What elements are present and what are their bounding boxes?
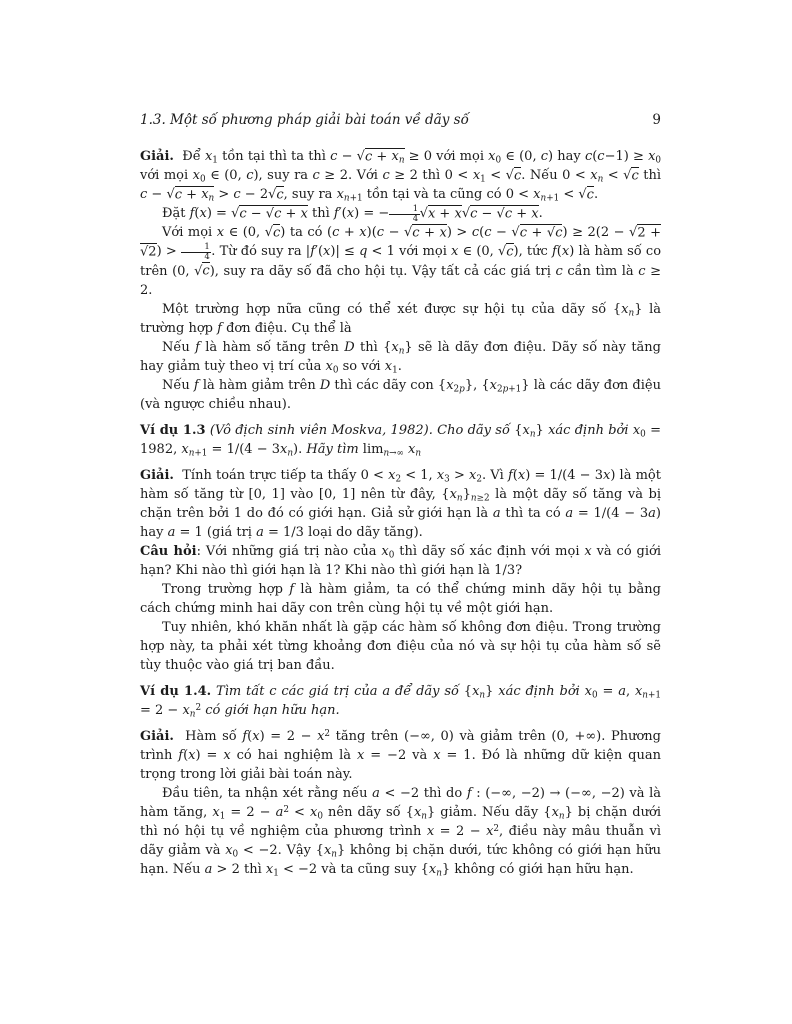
example-1-3-statement-paragraph: Ví dụ 1.3 (Vô địch sinh viên Moskva, 198…	[140, 421, 661, 459]
decreasing-function-case-paragraph: Nếu f là hàm giảm trên D thì các dãy con…	[140, 376, 661, 414]
running-header: 1.3. Một số phương pháp giải bài toán về…	[140, 112, 661, 129]
monotone-case-intro-paragraph: Một trường hợp nữa cũng có thể xét được …	[140, 300, 661, 338]
question-note-paragraph: Câu hỏi: Với những giá trị nào của x0 th…	[140, 542, 661, 580]
increasing-function-case-paragraph: Nếu f là hàm số tăng trên D thì {xn} sẽ …	[140, 338, 661, 376]
example-1-4-statement-paragraph: Ví dụ 1.4. Tìm tất c các giá trị của a đ…	[140, 682, 661, 720]
contraction-argument-paragraph: Với mọi x ∈ (0, √c) ta có (c + x)(c − √c…	[140, 223, 661, 299]
section-title: 1.3. Một số phương pháp giải bài toán về…	[140, 112, 469, 129]
non-monotone-note-paragraph: Tuy nhiên, khó khăn nhất là gặp các hàm …	[140, 618, 661, 675]
case-a-less-than-minus-2-paragraph: Đầu tiên, ta nhận xét rằng nếu a < −2 th…	[140, 784, 661, 879]
example-1-4-solution-intro-paragraph: Giải. Hàm số f(x) = 2 − x2 tăng trên (−∞…	[140, 727, 661, 784]
book-page: 1.3. Một số phương pháp giải bài toán về…	[0, 0, 792, 1024]
derivative-formula-paragraph: Đặt f(x) = √c − √c + x thì f′(x) = −14√x…	[140, 204, 661, 223]
solution-c-existence-paragraph: Giải. Để x1 tồn tại thì ta thì c − √c + …	[140, 147, 661, 204]
decreasing-proof-note-paragraph: Trong trường hợp f là hàm giảm, ta có th…	[140, 580, 661, 618]
example-1-3-solution-paragraph: Giải. Tính toán trực tiếp ta thấy 0 < x2…	[140, 466, 661, 542]
page-number: 9	[652, 112, 661, 129]
page-body: Giải. Để x1 tồn tại thì ta thì c − √c + …	[140, 147, 661, 879]
